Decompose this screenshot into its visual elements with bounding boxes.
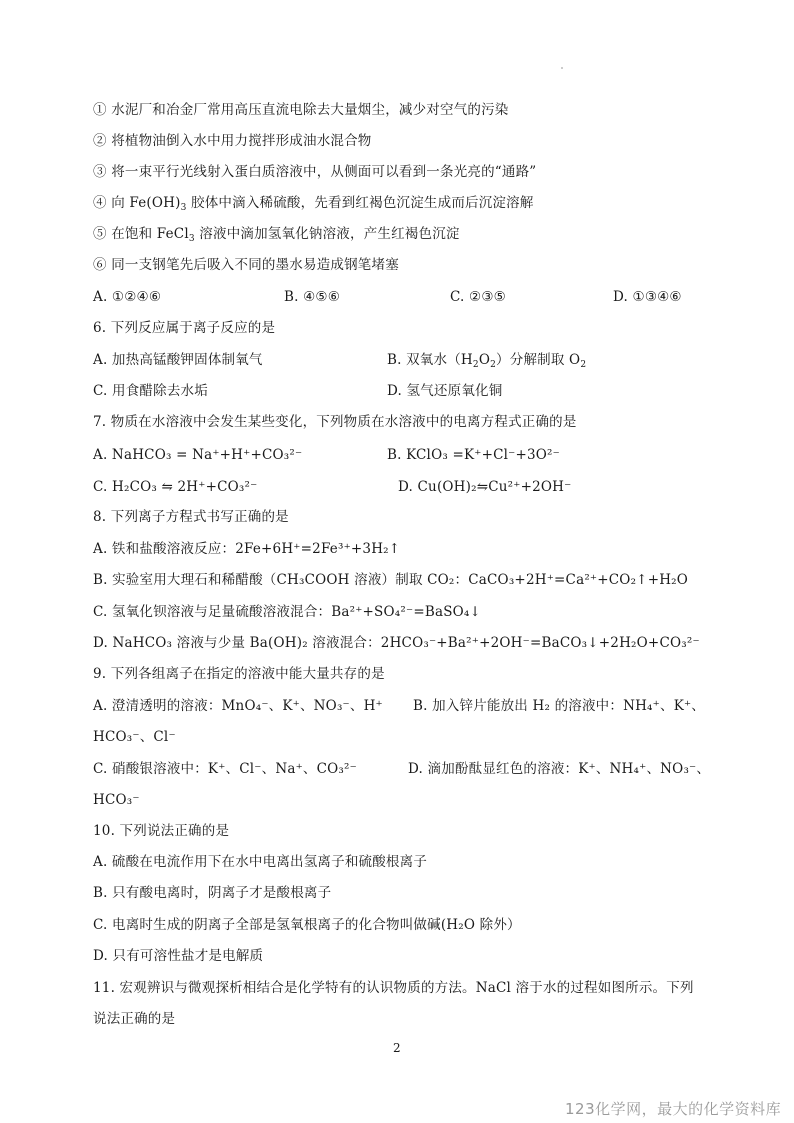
- statement-number: ③: [93, 164, 107, 180]
- q8-stem: 8. 下列离子方程式书写正确的是: [93, 508, 289, 526]
- q6-option-b: B. 双氧水（H2O2）分解制取 O2: [387, 351, 586, 369]
- statement-number: ①: [93, 102, 107, 118]
- q5-option-d: D. ①③④⑥: [613, 288, 682, 306]
- statement-text: 水泥厂和冶金厂常用高压直流电除去大量烟尘，减少对空气的污染: [111, 102, 508, 118]
- statement-text: 将一束平行光线射入蛋白质溶液中，从侧面可以看到一条光亮的“通路”: [111, 164, 536, 180]
- statement-6: ⑥ 同一支钢笔先后吸入不同的墨水易造成钢笔堵塞: [93, 256, 399, 274]
- statement-text: 将植物油倒入水中用力搅拌形成油水混合物: [111, 133, 371, 149]
- q7-option-c: C. H₂CO₃ ⇋ 2H⁺+CO₃²⁻: [93, 478, 257, 496]
- statement-1: ① 水泥厂和冶金厂常用高压直流电除去大量烟尘，减少对空气的污染: [93, 101, 509, 119]
- q9-stem: 9. 下列各组离子在指定的溶液中能大量共存的是: [93, 665, 385, 683]
- q10-option-a: A. 硫酸在电流作用下在水中电离出氢离子和硫酸根离子: [93, 853, 427, 871]
- statement-number: ⑤: [93, 226, 107, 242]
- option-text: B. 双氧水（H: [387, 352, 473, 368]
- statement-4: ④ 向 Fe(OH)3 胶体中滴入稀硫酸，先看到红褐色沉淀生成而后沉淀溶解: [93, 194, 534, 212]
- q9-option-b: B. 加入锌片能放出 H₂ 的溶液中：NH₄⁺、K⁺、: [413, 697, 705, 715]
- q7-option-b: B. KClO₃ =K⁺+Cl⁻+3O²⁻: [387, 446, 560, 464]
- q8-option-c: C. 氢氧化钡溶液与足量硫酸溶液混合：Ba²⁺+SO₄²⁻=BaSO₄↓: [93, 603, 481, 621]
- q8-option-d: D. NaHCO₃ 溶液与少量 Ba(OH)₂ 溶液混合：2HCO₃⁻+Ba²⁺…: [93, 634, 700, 652]
- q10-stem: 10. 下列说法正确的是: [93, 822, 229, 840]
- option-text: O: [479, 352, 490, 368]
- statement-text: 胶体中滴入稀硫酸，先看到红褐色沉淀生成而后沉淀溶解: [187, 195, 534, 211]
- statement-text: 向 Fe(OH): [111, 195, 180, 211]
- q6-option-c: C. 用食醋除去水垢: [93, 382, 208, 400]
- scan-artifact: [561, 67, 563, 69]
- option-text: ）分解制取 O: [496, 352, 580, 368]
- q5-option-b: B. ④⑤⑥: [284, 288, 340, 306]
- statement-text: 溶液中滴加氢氧化钠溶液，产生红褐色沉淀: [195, 226, 460, 242]
- q11-stem-line-2: 说法正确的是: [93, 1010, 175, 1028]
- q11-stem-line-1: 11. 宏观辨识与微观探析相结合是化学特有的认识物质的方法。NaCl 溶于水的过…: [93, 979, 694, 997]
- q9-option-d-continued: HCO₃⁻: [93, 791, 140, 809]
- statement-number: ④: [93, 195, 107, 211]
- q8-option-a: A. 铁和盐酸溶液反应：2Fe+6H⁺=2Fe³⁺+3H₂↑: [93, 540, 400, 558]
- statement-number: ②: [93, 133, 107, 149]
- q5-option-a: A. ①②④⑥: [93, 288, 161, 306]
- q6-option-d: D. 氢气还原氧化铜: [387, 382, 502, 400]
- statement-2: ② 将植物油倒入水中用力搅拌形成油水混合物: [93, 132, 372, 150]
- q9-option-b-continued: HCO₃⁻、Cl⁻: [93, 728, 176, 746]
- watermark: 123化学网，最大的化学资料库: [565, 1098, 781, 1119]
- q10-option-c: C. 电离时生成的阴离子全部是氢氧根离子的化合物叫做碱(H₂O 除外）: [93, 916, 521, 934]
- q6-stem: 6. 下列反应属于离子反应的是: [93, 319, 275, 337]
- statement-5: ⑤ 在饱和 FeCl3 溶液中滴加氢氧化钠溶液，产生红褐色沉淀: [93, 225, 460, 243]
- document-page: ① 水泥厂和冶金厂常用高压直流电除去大量烟尘，减少对空气的污染 ② 将植物油倒入…: [0, 0, 794, 1123]
- q5-option-c: C. ②③⑤: [450, 288, 506, 306]
- q7-option-d: D. Cu(OH)₂⇋Cu²⁺+2OH⁻: [398, 478, 571, 496]
- statement-number: ⑥: [93, 257, 107, 273]
- q9-option-d: D. 滴加酚酞显红色的溶液：K⁺、NH₄⁺、NO₃⁻、: [408, 760, 710, 778]
- q8-option-b: B. 实验室用大理石和稀醋酸（CH₃COOH 溶液）制取 CO₂：CaCO₃+2…: [93, 571, 688, 589]
- q10-option-b: B. 只有酸电离时，阴离子才是酸根离子: [93, 884, 331, 902]
- statement-text: 同一支钢笔先后吸入不同的墨水易造成钢笔堵塞: [111, 257, 399, 273]
- q9-option-c: C. 硝酸银溶液中：K⁺、Cl⁻、Na⁺、CO₃²⁻: [93, 760, 357, 778]
- q9-option-a: A. 澄清透明的溶液：MnO₄⁻、K⁺、NO₃⁻、H⁺: [93, 697, 383, 715]
- statement-text: 在饱和 FeCl: [111, 226, 189, 242]
- statement-3: ③ 将一束平行光线射入蛋白质溶液中，从侧面可以看到一条光亮的“通路”: [93, 163, 536, 181]
- page-number: 2: [393, 1041, 401, 1055]
- subscript: 2: [580, 360, 586, 370]
- q10-option-d: D. 只有可溶性盐才是电解质: [93, 947, 263, 965]
- q7-stem: 7. 物质在水溶液中会发生某些变化，下列物质在水溶液中的电离方程式正确的是: [93, 413, 577, 431]
- q6-option-a: A. 加热高锰酸钾固体制氧气: [93, 351, 263, 369]
- q7-option-a: A. NaHCO₃ = Na⁺+H⁺+CO₃²⁻: [93, 446, 302, 464]
